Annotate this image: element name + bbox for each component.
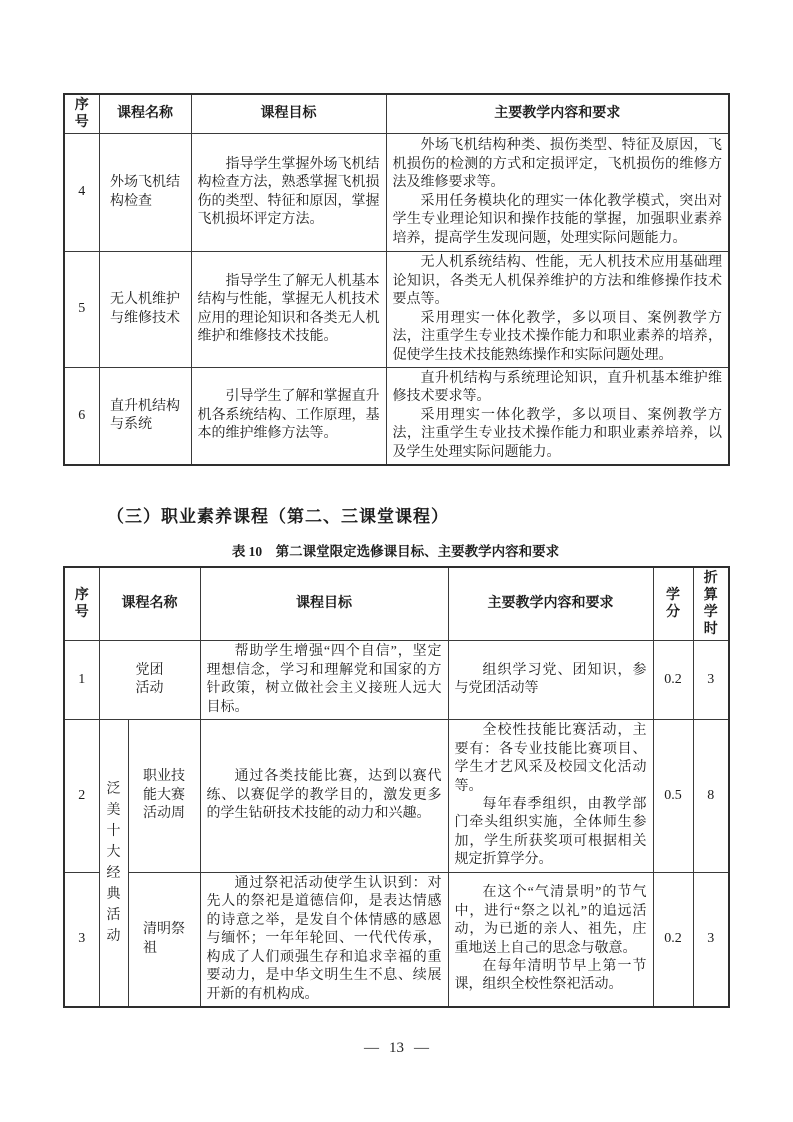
course-content: 无人机系统结构、性能，无人机技术应用基础理论知识，各类无人机保养维护的方法和维修… xyxy=(386,252,729,368)
table1-row-6: 6 直升机结构与系统 引导学生了解和掌握直升机各系统结构、工作原理，基本的维护维… xyxy=(64,367,729,465)
course-objective: 引导学生了解和掌握直升机各系统结构、工作原理，基本的维护维修方法等。 xyxy=(191,367,386,465)
table1-row-4: 4 外场飞机结构检查 指导学生掌握外场飞机结构检查方法，熟悉掌握飞机损伤的类型、… xyxy=(64,134,729,252)
table2-row-2: 2 泛美十大经典活动 职业技能大赛活动周 通过各类技能比赛，达到以赛代练、以赛促… xyxy=(64,720,729,873)
table2-header-content: 主要教学内容和要求 xyxy=(448,567,653,641)
credit-value: 0.2 xyxy=(653,641,693,720)
content-paragraph-1: 无人机系统结构、性能，无人机技术应用基础理论知识，各类无人机保养维护的方法和维修… xyxy=(393,254,723,309)
table2-header-hours: 折算学时 xyxy=(693,567,729,641)
course-content: 在这个“气清景明”的节气中，进行“祭之以礼”的追远活动，为已逝的亲人、祖先，庄重… xyxy=(448,872,653,1007)
objective-paragraph: 帮助学生增强“四个自信”，坚定理想信念，学习和理解党和国家的方针政策，树立做社会… xyxy=(207,643,442,717)
page-number: 13 xyxy=(389,1040,404,1056)
course-objective: 指导学生掌握外场飞机结构检查方法，熟悉掌握飞机损伤的类型、特征和原因，掌握飞机损… xyxy=(191,134,386,252)
table1-header-index: 序号 xyxy=(64,94,99,134)
course-name: 直升机结构与系统 xyxy=(99,367,191,465)
table1-header-content: 主要教学内容和要求 xyxy=(386,94,729,134)
course-table-2: 序号 课程名称 课程目标 主要教学内容和要求 学分 折算学时 1 党团活动 帮助… xyxy=(63,566,730,1008)
course-content: 直升机结构与系统理论知识，直升机基本维护维修技术要求等。 采用理实一体化教学，多… xyxy=(386,367,729,465)
table-caption: 表 10 第二课堂限定选修课目标、主要教学内容和要求 xyxy=(63,543,728,561)
row-index: 6 xyxy=(64,367,99,465)
content-paragraph-2: 采用理实一体化教学，多以项目、案例教学方法，注重学生专业技术操作能力和职业素养的… xyxy=(393,310,723,365)
table2-header-index: 序号 xyxy=(64,567,99,641)
content-paragraph-1: 直升机结构与系统理论知识，直升机基本维护维修技术要求等。 xyxy=(393,370,723,407)
hours-value: 3 xyxy=(693,872,729,1007)
course-objective: 指导学生了解无人机基本结构与性能，掌握无人机技术应用的理论知识和各类无人机维护和… xyxy=(191,252,386,368)
table1-header-objective: 课程目标 xyxy=(191,94,386,134)
content-paragraph-1: 在这个“气清景明”的节气中，进行“祭之以礼”的追远活动，为已逝的亲人、祖先，庄重… xyxy=(455,884,647,958)
course-objective: 帮助学生增强“四个自信”，坚定理想信念，学习和理解党和国家的方针政策，树立做社会… xyxy=(200,641,448,720)
table1-header-name: 课程名称 xyxy=(99,94,191,134)
objective-paragraph: 指导学生掌握外场飞机结构检查方法，熟悉掌握飞机损伤的类型、特征和原因，掌握飞机损… xyxy=(198,156,380,230)
hours-value: 8 xyxy=(693,720,729,873)
content-paragraph-1: 全校性技能比赛活动，主要有：各专业技能比赛项目、学生才艺风采及校园文化活动等。 xyxy=(455,722,647,796)
row-index: 1 xyxy=(64,641,99,720)
table1-header-row: 序号 课程名称 课程目标 主要教学内容和要求 xyxy=(64,94,729,134)
table2-header-row: 序号 课程名称 课程目标 主要教学内容和要求 学分 折算学时 xyxy=(64,567,729,641)
table1-row-5: 5 无人机维护与维修技术 指导学生了解无人机基本结构与性能，掌握无人机技术应用的… xyxy=(64,252,729,368)
footer-dash-right: — xyxy=(414,1040,429,1056)
content-paragraph-2: 采用任务模块化的理实一体化教学模式，突出对学生专业理论知识和操作技能的掌握，加强… xyxy=(393,193,723,248)
footer-dash-left: — xyxy=(364,1040,379,1056)
objective-paragraph: 引导学生了解和掌握直升机各系统结构、工作原理，基本的维护维修方法等。 xyxy=(198,388,380,443)
content-paragraph-2: 采用理实一体化教学，多以项目、案例教学方法，注重学生专业技术操作能力和职业素养培… xyxy=(393,407,723,462)
course-content: 组织学习党、团知识，参与党团活动等 xyxy=(448,641,653,720)
row-index: 2 xyxy=(64,720,99,873)
objective-paragraph: 指导学生了解无人机基本结构与性能，掌握无人机技术应用的理论知识和各类无人机维护和… xyxy=(198,273,380,347)
course-objective: 通过各类技能比赛，达到以赛代练、以赛促学的教学目的，激发更多的学生钻研技术技能的… xyxy=(200,720,448,873)
table2-header-credit: 学分 xyxy=(653,567,693,641)
course-group-label: 泛美十大经典活动 xyxy=(99,720,128,1008)
page-footer: —13— xyxy=(0,1040,793,1057)
course-content: 全校性技能比赛活动，主要有：各专业技能比赛项目、学生才艺风采及校园文化活动等。 … xyxy=(448,720,653,873)
credit-value: 0.2 xyxy=(653,872,693,1007)
course-name: 党团活动 xyxy=(99,641,200,720)
content-paragraph-2: 每年春季组织，由教学部门牵头组织实施，全体师生参加，学生所获奖项可根据相关规定折… xyxy=(455,796,647,870)
course-objective: 通过祭祀活动使学生认识到：对先人的祭祀是道德信仰，是表达情感的诗意之举，是发自个… xyxy=(200,872,448,1007)
document-page: 序号 课程名称 课程目标 主要教学内容和要求 4 外场飞机结构检查 指导学生掌握… xyxy=(63,0,728,1008)
table2-header-objective: 课程目标 xyxy=(200,567,448,641)
section-heading: （三）职业素养课程（第二、三课堂课程） xyxy=(63,506,728,528)
course-table-1: 序号 课程名称 课程目标 主要教学内容和要求 4 外场飞机结构检查 指导学生掌握… xyxy=(63,93,730,466)
credit-value: 0.5 xyxy=(653,720,693,873)
row-index: 5 xyxy=(64,252,99,368)
content-paragraph-2: 在每年清明节早上第一节课，组织全校性祭祀活动。 xyxy=(455,958,647,995)
row-index: 4 xyxy=(64,134,99,252)
course-name: 清明祭祖 xyxy=(128,872,200,1007)
table2-header-name: 课程名称 xyxy=(99,567,200,641)
objective-paragraph: 通过祭祀活动使学生认识到：对先人的祭祀是道德信仰，是表达情感的诗意之举，是发自个… xyxy=(207,875,442,1004)
course-name: 外场飞机结构检查 xyxy=(99,134,191,252)
row-index: 3 xyxy=(64,872,99,1007)
content-paragraph-1: 外场飞机结构种类、损伤类型、特征及原因，飞机损伤的检测的方式和定损评定，飞机损伤… xyxy=(393,137,723,192)
content-paragraph-1: 组织学习党、团知识，参与党团活动等 xyxy=(455,662,647,699)
table2-row-3: 3 清明祭祖 通过祭祀活动使学生认识到：对先人的祭祀是道德信仰，是表达情感的诗意… xyxy=(64,872,729,1007)
hours-value: 3 xyxy=(693,641,729,720)
course-name: 职业技能大赛活动周 xyxy=(128,720,200,873)
course-name: 无人机维护与维修技术 xyxy=(99,252,191,368)
course-content: 外场飞机结构种类、损伤类型、特征及原因，飞机损伤的检测的方式和定损评定，飞机损伤… xyxy=(386,134,729,252)
table2-row-1: 1 党团活动 帮助学生增强“四个自信”，坚定理想信念，学习和理解党和国家的方针政… xyxy=(64,641,729,720)
objective-paragraph: 通过各类技能比赛，达到以赛代练、以赛促学的教学目的，激发更多的学生钻研技术技能的… xyxy=(207,768,442,823)
